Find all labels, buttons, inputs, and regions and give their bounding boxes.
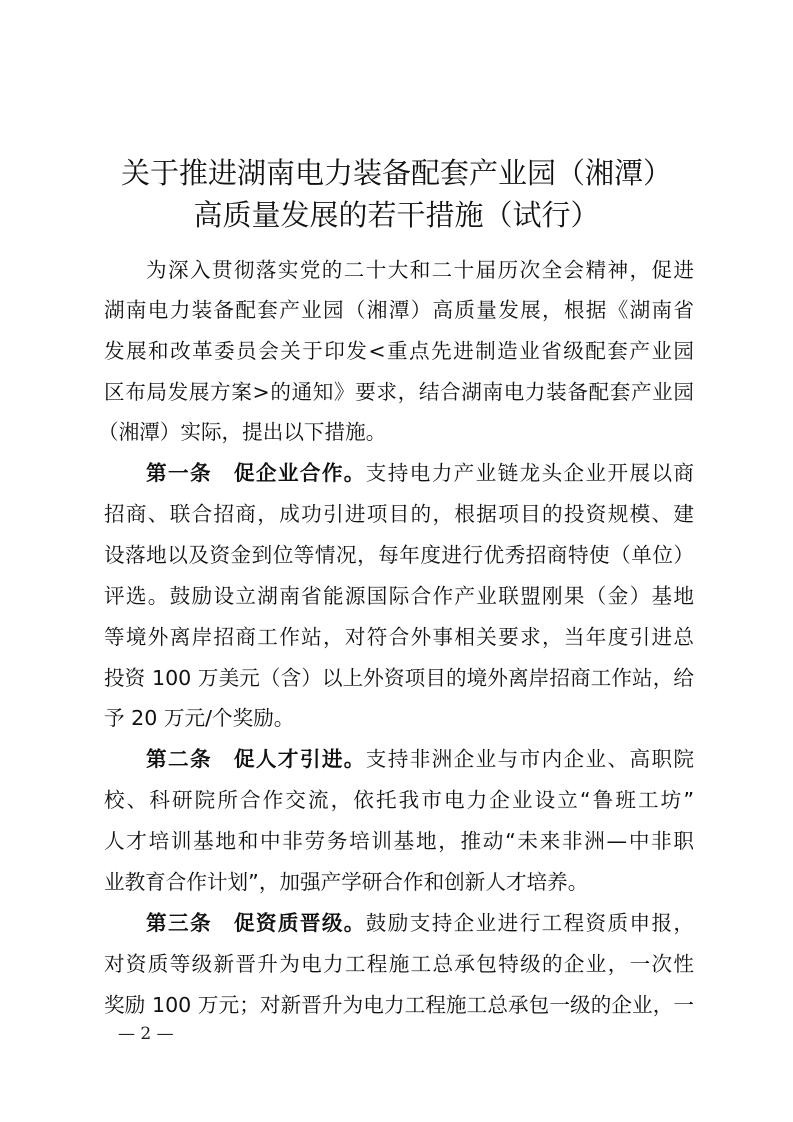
article-line: 等境外离岸招商工作站，对符合外事相关要求，当年度引进总 bbox=[104, 623, 694, 651]
article-text: 鼓励支持企业进行工程资质申报， bbox=[366, 911, 694, 935]
document-title-line-2: 高质量发展的若干措施（试行） bbox=[0, 195, 793, 235]
article-line: 业教育合作计划”，加强产学研合作和创新人才培养。 bbox=[104, 868, 694, 896]
article-line: 奖励 100 万元；对新晋升为电力工程施工总承包一级的企业，一 bbox=[104, 991, 694, 1019]
article-line: 校、科研院所合作交流，依托我市电力企业设立“鲁班工坊” bbox=[104, 786, 694, 814]
article-heading: 促资质晋级。 bbox=[234, 911, 366, 935]
document-title-line-1: 关于推进湖南电力装备配套产业园（湘潭） bbox=[0, 153, 793, 193]
article-heading: 促企业合作。 bbox=[234, 461, 366, 485]
article-first-line: 第三条 促资质晋级。鼓励支持企业进行工程资质申报， bbox=[146, 909, 694, 937]
article-number: 第一条 bbox=[146, 461, 212, 485]
intro-line: 区布局发展方案>的通知》要求，结合湖南电力装备配套产业园 bbox=[104, 378, 694, 406]
article-line: 设落地以及资金到位等情况，每年度进行优秀招商特使（单位） bbox=[104, 541, 694, 569]
article-text: 支持电力产业链龙头企业开展以商 bbox=[366, 461, 694, 485]
article-line: 招商、联合招商，成功引进项目的，根据项目的投资规模、建 bbox=[104, 500, 694, 528]
intro-line: （湘潭）实际，提出以下措施。 bbox=[98, 418, 688, 446]
article-heading: 促人才引进。 bbox=[234, 747, 366, 771]
article-first-line: 第一条 促企业合作。支持电力产业链龙头企业开展以商 bbox=[146, 459, 694, 487]
article-first-line: 第二条 促人才引进。支持非洲企业与市内企业、高职院 bbox=[146, 745, 694, 773]
article-line: 投资 100 万美元（含）以上外资项目的境外离岸招商工作站，给 bbox=[104, 664, 694, 692]
article-line: 予 20 万元/个奖励。 bbox=[104, 704, 694, 732]
article-line: 人才培训基地和中非劳务培训基地，推动“未来非洲—中非职 bbox=[104, 827, 694, 855]
article-line: 对资质等级新晋升为电力工程施工总承包特级的企业，一次性 bbox=[104, 950, 694, 978]
intro-line: 湖南电力装备配套产业园（湘潭）高质量发展，根据《湖南省 bbox=[104, 296, 694, 324]
article-text: 支持非洲企业与市内企业、高职院 bbox=[366, 747, 694, 771]
article-line: 评选。鼓励设立湖南省能源国际合作产业联盟刚果（金）基地 bbox=[104, 582, 694, 610]
page-number: — 2 — bbox=[118, 1022, 174, 1046]
intro-line: 为深入贯彻落实党的二十大和二十届历次全会精神，促进 bbox=[146, 256, 694, 284]
article-number: 第三条 bbox=[146, 911, 212, 935]
intro-line: 发展和改革委员会关于印发<重点先进制造业省级配套产业园 bbox=[104, 337, 694, 365]
article-number: 第二条 bbox=[146, 747, 212, 771]
